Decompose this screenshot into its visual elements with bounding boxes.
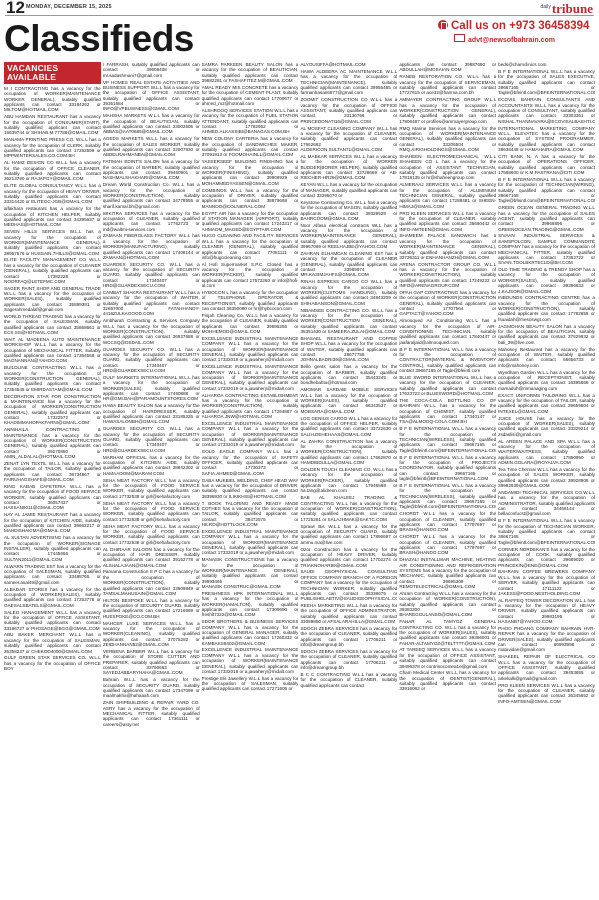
classified-ad-entry: Al Hofi Supermarket S.P.C. Closed has a …: [202, 262, 299, 289]
classified-ad-entry: AMOMAR SARDABI MOBILE SERVICES W.L.L has…: [300, 387, 397, 414]
classified-ad-entry: WAIT AL MADEENA AUTO MAINTENANCE WORKSHO…: [4, 337, 101, 364]
classified-ad-entry: LOG GENIUS CARGO W.L.L has a vacancy for…: [300, 416, 397, 437]
classified-ad-entry: NEW COLONY CARTERIA has a vacancy for th…: [202, 136, 299, 157]
classified-ad-entry: SHAMEEM PALACE SANDWICH has a vacancy fo…: [399, 233, 496, 260]
classified-ad-entry: B F E INTERNATIONAL W.L.L has a vacancy …: [498, 518, 595, 545]
classified-ad-entry: Mahoney Restaurant has a vacancy for the…: [498, 347, 595, 368]
classified-ad-entry: Bahrain W.L.L has a vacancy for the occu…: [103, 677, 200, 698]
classified-ad-entry: HAWA BEAUTY SALON has a vacancy for the …: [103, 403, 200, 424]
page-number: 12: [6, 1, 25, 15]
classified-ad-entry: DECORATION STAR FOR CONSTRUCTION & MAINT…: [4, 394, 101, 426]
classified-ad-entry: ZAHRAN ELHAMDAN CLEANING EST has a vacan…: [300, 251, 397, 278]
classified-ad-entry: ANDAMIDI TECHNICAL SERVICES CO.W.L.L has…: [498, 490, 595, 517]
classified-ad-entry: MAHCER LUXE SERVICES W.L.L has a vacancy…: [103, 621, 200, 648]
vacancies-available-header: VACANCIES AVAILABLE: [4, 62, 101, 84]
classified-ad-entry: GUARDEX SECURITY CO. W.L.L has a vacancy…: [103, 426, 200, 453]
classified-ad-entry: MANASIK CONSTRUCTIONS has a vacancy for …: [202, 557, 299, 589]
classified-ad-entry: Cham Medical Center W.L.L has a vacancy …: [399, 670, 496, 691]
classified-ad-entry: Pinjah Cleaning Co. W.L.L has a vacancy …: [202, 313, 299, 334]
classified-ad-entry: AMMAYER CONTRACTING GROUP W.L.L has a va…: [399, 97, 496, 124]
classified-ad-entry: YASSERSEEF BUILDING FINISHING has a vaca…: [202, 159, 299, 186]
classified-ad-entry: Ozor Construction has a vacancy for the …: [300, 547, 397, 568]
classified-ad-entry: M I CONTRACTING has a vacancy for the oc…: [4, 86, 101, 113]
classified-ad-entry: SDOCH ZEBRA SERVICES has a vacancy for t…: [300, 649, 397, 670]
classified-ad-entry: EXCELLENCE INDUSTRIAL MAINTENANCE COMPAN…: [202, 336, 299, 363]
classified-ad-entry: ELITE GLOBAL CONSULTANCY W.L.L has a vac…: [4, 183, 101, 204]
classified-ad-entry: Sprawl Bis W.L.L has a vacancy for the o…: [300, 524, 397, 545]
classified-ad-entry: AGEDS MARKETS W.L.L has a vacancy for th…: [103, 136, 200, 157]
classified-ad-entry: ABU BAKER MERCHANT W.L.L has a vacancy f…: [4, 632, 101, 653]
classified-ad-entry: Bello gents salon has a vacancy for the …: [300, 364, 397, 385]
classified-ad-entry: ZAIN SHIPBUILDING & REPAIR YARD CO. ASRY…: [103, 700, 200, 727]
classified-ad-entry: Noor Alfasa electrical contracts WLL has…: [300, 223, 397, 250]
classified-ad-entry: AL MABKAR SERVICES W.L.L has a vacancy f…: [300, 154, 397, 181]
classified-ad-entry: OPAH GAP CONTRACTING has a vacancy for t…: [399, 290, 496, 317]
classified-ad-entry: PRO KLEEN SERVICES W.L.L has a vacancy f…: [498, 683, 595, 704]
classified-ad-entry: CAMBAT SHAKRA RESTAURANT W.L.L has a vac…: [103, 290, 200, 317]
classified-ad-entry: GULF MARKETS INTERNATIONAL W.L.L has a v…: [103, 375, 200, 402]
classified-ad-entry: MARHAM OFFICIAL has a vacancy for the oc…: [103, 455, 200, 476]
classified-ad-entry: FAHAR AL TAMYOZ GENERAL CONTRACTING CO. …: [399, 619, 496, 646]
classified-ad-entry: AL SULTAN ADVERTISING has a vacancy for …: [4, 535, 101, 562]
classified-ad-entry: AL AREEN PALACE AND SPA W.L.L has a vaca…: [498, 439, 595, 466]
classified-ad-entry: COMBINOS W.L.L has a vacancy for the occ…: [202, 188, 299, 209]
classified-ad-entry: WORLD THREAD TRADING has a vacancy for t…: [4, 314, 101, 335]
classified-ad-entry: SEVEN HILLS SERVICES W.L.L has a vacancy…: [4, 229, 101, 256]
classified-ad-entry: ALMERAAJ SERVICES W.L.L has a vacancy fo…: [399, 182, 496, 209]
classified-ad-entry: CHORDT W.L.L has a vacancy for the occup…: [399, 511, 496, 532]
phone-label: Call us on +973 36458394: [451, 20, 589, 32]
classified-ad-entry: HUGO CLEANING AND FACILITY SERVICES W.L.…: [202, 233, 299, 260]
classified-ad-entry: ZENAT LYN TEXTIL W.L.L has a vacancy for…: [4, 461, 101, 482]
classified-ad-entry: CITI BANK N. A has a vacancy for the occ…: [498, 154, 595, 175]
classified-ad-entry: CHORDT W.L.L has a vacancy for the occup…: [399, 534, 496, 555]
section-title: Classifieds: [4, 17, 194, 61]
classified-ad-entry: RINAH EXPRESS CARGO CO W.L.L has a vacan…: [300, 279, 397, 306]
classified-ad-entry: ALYOUSIFFA@HOTMAIL.COM: [300, 62, 397, 67]
classified-ad-entry: NIBAMSEE CONTRACTING CO. W.L.L has a vac…: [300, 308, 397, 335]
classified-ad-entry: GUARDEX SECURITY CO. W.L.L has a vacancy…: [103, 262, 200, 289]
classified-ad-entry: SDOCH ZEBRA SERVICES has a vacancy for t…: [300, 626, 397, 647]
classified-ad-entry: INTERNATIONAL MARKETING COMPANY W.L.L. E…: [498, 126, 595, 153]
classified-ad-entry: ANNIHAILA CONTRACTING & MAINTENANCE has …: [4, 427, 101, 459]
masthead-name: tribune: [552, 1, 593, 16]
classified-ad-entry: JUICE HOUSE has a vacancy for the occupa…: [498, 416, 595, 437]
email-label[interactable]: advt@newsofbahrain.com: [468, 37, 555, 44]
classified-ad-entry: SEHA MEAT FACTORY W.L.L has a vacancy fo…: [103, 524, 200, 545]
classified-ad-entry: applicants can contact: 39887690 or ABDU…: [399, 62, 496, 73]
classified-ad-entry: DHAZALI INSTALLMAR MACHINE, HEATING AIR …: [399, 557, 496, 589]
classified-ad-entry: SHAHEEN ELECTROMECHANICAL W.L.L SHAHEEN …: [399, 154, 496, 181]
classified-ad-entry: AT TAREEQ SERVICES W.L.L has a vacancy f…: [399, 647, 496, 668]
classified-ad-entry: EXCELLENCE INDUSTRIAL MAINTENANCE COMPAN…: [202, 364, 299, 391]
classified-ad-entry: BHASAEL RESTAURANT AND COFFEE SHOP W.L.L…: [300, 336, 397, 363]
classified-ad-entry: EXCELLENCE INDUSTRIAL MAINTENANCE COMPAN…: [202, 421, 299, 448]
classified-ad-entry: AL HAMZ DESIGN CO W.L.L has a vacancy fo…: [4, 160, 101, 181]
email-icon: [454, 34, 465, 42]
classified-ad-entry: SAMRA PARKEEN BEAUTY SALON has a vacancy…: [202, 62, 299, 83]
column-4: ALYOUSIFFA@HOTMAIL.COMHAWA ALDEERA AC MA…: [300, 62, 397, 898]
classified-ad-entry: EXCELLENCE INDUSTRIAL MAINTENANCE COMPAN…: [202, 647, 299, 674]
classified-ad-entry: BAB AL KHALEEJ TRADING & CONTRACTING W.L…: [300, 495, 397, 522]
classified-ad-entry: AL MOSFAT CLEANING COMPANY W.L.L has a v…: [300, 126, 397, 153]
classified-ad-entry: ZOOMIT CONSTRUCTION CO W.L.L has a vacan…: [300, 97, 397, 124]
classified-ad-entry: VP HOMES REAL ESTATE ACTIVITIES AND BUSI…: [103, 80, 200, 112]
classified-ad-entry: HAY AL JAMIE RESTAURANT has a vacancy fo…: [4, 512, 101, 533]
classified-ad-entry: T BOOK TALORING AND READY MADE COTHES ha…: [202, 501, 299, 528]
classified-ad-entry: Almooqued Air Conditioning W.L.L has a v…: [399, 318, 496, 345]
classified-ad-entry: GULF GREEN STAR SERVICES CO. W.L.L has a…: [4, 655, 101, 671]
classified-ad-entry: ALWARN TRADING EST has a vacancy for the…: [4, 564, 101, 585]
classified-ad-entry: PRESHNESS HPK INTERNATIONAL W.L.L has a …: [202, 591, 299, 618]
contact-callout: Call us on +973 36458394 advt@newsofbahr…: [438, 20, 594, 56]
classified-ad-entry: ALHAROA CONTRACTING ESTABLISHMENT has a …: [202, 393, 299, 420]
classified-ad-entry: ARENA CONTRACTOR GROUP CO. W.L.L has a v…: [399, 262, 496, 289]
classified-ad-entry: / FARRASH, suitably qualified applicants…: [103, 62, 200, 78]
classified-ad-entry: ABU HAMDAN RESTAURANT has a vacancy for …: [4, 114, 101, 135]
classified-ad-entry: B F E INTERNATIONAL W.L.L has a vacancy …: [399, 455, 496, 482]
classified-ad-entry: THE COCA-COLA BOTTLING CO OF BAHRAIN W.L…: [399, 398, 496, 425]
header-rule: [5, 15, 594, 16]
classified-ad-entry: Prestige Els Jawellery W.L.L has a vacan…: [202, 676, 299, 692]
classified-ad-entry: Dream World Construction Co. W.L.L has a…: [103, 182, 200, 209]
classified-ad-entry: ZAMAAN FIBERGLASS FACTORY W.L.L has a va…: [103, 233, 200, 260]
column-1: VACANCIES AVAILABLE M I CONTRACTING has …: [4, 62, 101, 898]
classified-ad-entry: B F E INTERNATIONAL W.L.L has a vacancy …: [399, 347, 496, 374]
classified-ad-entry: ECOVIS BAHRAIN CONSULTANTS AND ACCOUNTAN…: [498, 97, 595, 124]
classified-ad-entry: GOLD EAGLE COMPANY W.L.L has a vacancy f…: [202, 449, 299, 476]
classified-ad-entry: GABA MUKBIEL WELDING, CHEF HEAD WAY has …: [202, 478, 299, 499]
classified-ad-entry: SIVAAN INDUSTRIAL SERVICES & SAMSPOLCON …: [498, 233, 595, 265]
classified-ad-entry: AL DHIRAAR SALOON has a vacancy for the …: [103, 547, 200, 568]
classified-ad-entry: ALBADAR STORES has a vacancy for the occ…: [4, 587, 101, 608]
classified-ad-entry: INBOUNDS CONTRACTING CENTRE has a vacanc…: [498, 295, 595, 322]
classified-ad-entry: Pamama Construction S P C has a vacancy …: [103, 569, 200, 596]
classified-ad-entry: KEYAN W.L.L has a vacancy for the occupa…: [300, 182, 397, 198]
classified-ad-entry: ELITE FACILITY MANAGEMENT CO W.L.L has a…: [4, 257, 101, 284]
classified-ad-entry: ALSHROOQ SERVICES STATION W.L.L has a va…: [202, 108, 299, 135]
classified-ad-entry: alfakhara restaurant has a vacancy for t…: [4, 206, 101, 227]
masthead-prefix: daily: [541, 4, 551, 10]
classified-ad-entry: Ahram Contracting W.L.L has a vacancy fo…: [399, 591, 496, 618]
classified-ad-entry: CORNER NORDEKAN'S has a vacancy for the …: [498, 547, 595, 568]
column-5: applicants can contact: 39887690 or ABDU…: [399, 62, 496, 898]
classified-ad-entry: AL RAFFEQ TOWER DECORATION W.L.L has a v…: [498, 598, 595, 625]
classified-ad-entry: HYBOCON L has a vacancy for the occupati…: [202, 290, 299, 311]
classified-ad-entry: B F E INTERNATIONAL W.L.L has a vacancy …: [399, 426, 496, 453]
classified-ad-entry: Ambharah Contracting & Services Company …: [103, 318, 200, 345]
classified-ad-entry: SEHA MEAT FACTORY W.L.L has a vacancy fo…: [103, 501, 200, 522]
classified-ad-entry: MAHSHA MARKETS W.L.L has a vacancy for t…: [103, 113, 200, 134]
classified-ad-entry: SDOR BROTHERS & BUSINESS SERVICES COMPAN…: [202, 619, 299, 646]
classified-ad-entry: BUILDLINE CONTRACTING W.L.L has a vacanc…: [4, 365, 101, 392]
classified-ad-entry: RANEB RESTORATION CO. W.L.L has a vacanc…: [399, 74, 496, 95]
classified-ad-entry: GREEN OCEAN GENERAL TRADING W.L.L has a …: [498, 205, 595, 232]
classified-ad-entry: Keystone Contracting Co. W.L.L has a vac…: [300, 200, 397, 221]
classified-ad-entry: B F E INTERNATIONAL W.L.L has a vacancy …: [498, 69, 595, 96]
classified-ad-entry: JAGMOHAN BEAUTY SALON has a vacancy for …: [498, 324, 595, 345]
classified-ad-entry: AMAL READY MIX CONCRETE has a vacancy fo…: [202, 85, 299, 106]
classified-ad-entry: B F E INTERNATIONAL W.L.L has a vacancy …: [399, 483, 496, 510]
classified-ad-entry: SALEO HANAGEMENT W.L.L has a vacancy for…: [4, 610, 101, 631]
classified-ad-entry: HILTON BESPOKE W.L.L has a vacancy for t…: [103, 598, 200, 619]
phone-icon: [438, 20, 448, 30]
column-3: SAMRA PARKEEN BEAUTY SALON has a vacancy…: [202, 62, 299, 898]
classified-ad-entry: REEHA MARKETING W.L.L has a vacancy for …: [300, 603, 397, 624]
classified-ad-entry: GUARDEX SECURITY CO. W.L.L has a vacancy…: [103, 347, 200, 374]
classified-ad-entry: AL ZAHRA CONSTRUCTION has a vacancy for …: [300, 439, 397, 466]
classified-ad-entry: KING KABAB CAFETERIA W.L.L has a vacancy…: [4, 484, 101, 511]
classified-ad-entry: WIKITRA SERVICES has a vacancy for the o…: [103, 211, 200, 232]
classified-ad-entry: HAWA ALDEERA AC MAINTENANCE W.L.L has a …: [300, 69, 397, 96]
classified-ad-entry: FATIMAH EDINT'S SALON has a vacancy for …: [103, 159, 200, 180]
classified-ad-entry: Wyndham Garden W.L.L has a vacancy for t…: [498, 370, 595, 391]
column-6: beds@chamclinics.comB F E INTERNATIONAL …: [498, 62, 595, 898]
classified-ad-entry: beds@chamclinics.com: [498, 62, 595, 67]
classified-ad-entry: SAGER PAINT SHOP AND GENERAL TRADE W.L.L…: [4, 286, 101, 313]
classified-ad-entry: B F E INTERNATIONAL W.L.L has a vacancy …: [498, 177, 595, 204]
classified-ad-entry: EXACT UNIFORMS TAILORING W.L.L has a vac…: [498, 393, 595, 414]
page-header-bar: 12 MONDAY, DECEMBER 15, 2025 dailytribun…: [0, 0, 599, 14]
classified-ad-entry: OLD TIME TRADING & TRENDY SHOP has a vac…: [498, 267, 595, 294]
classified-ad-entry: PRO KLEEN SERVICES W.L.L has a vacancy f…: [399, 211, 496, 232]
classifieds-columns: VACANCIES AVAILABLE M I CONTRACTING has …: [4, 62, 595, 898]
classified-ad-entry: MANAMA PRINTING PRESS CO. W.L.L has a va…: [4, 137, 101, 158]
dateline: MONDAY, DECEMBER 15, 2025: [26, 4, 112, 10]
classified-ad-entry: SAUDI GEOPHYSICAL CONSULTING OFFICE COMP…: [300, 569, 397, 601]
classified-ad-entry: RMQ Marine Services has a vacancy for th…: [399, 126, 496, 153]
classified-ad-entry: EXCELLENCE INDUSTRIAL MAINTENANCE COMPAN…: [202, 529, 299, 556]
classified-ad-entry: VERBENA BARBER W.L.L has a vacancy for t…: [103, 649, 200, 676]
classified-ad-entry: BLUE SWORD INTERNATIONAL W.L.L has a vac…: [399, 375, 496, 396]
classified-ad-entry: B C C CONTRACTING W.L.L has a vacancy fo…: [300, 672, 397, 688]
classified-ad-entry: SHAKEEL REPAIR OF ELECTRICAL CO W.L.L ha…: [498, 654, 595, 681]
classified-ad-entry: GOLDEN TOUCH CLEANING CO. W.L.L has a va…: [300, 467, 397, 494]
classified-ad-entry: EGYPT AIR has a vacancy for the occupati…: [202, 211, 299, 232]
classified-ad-entry: SEHA MEAT FACTORY W.L.L has a vacancy fo…: [103, 478, 200, 499]
classified-ad-entry: Tea Time Chennai W.L.L has a vacancy for…: [498, 467, 595, 488]
classified-ad-entry: BAHRAIN COFFEE BREWERS COMPANY W.L.L has…: [498, 569, 595, 596]
column-2: / FARRASH, suitably qualified applicants…: [103, 62, 200, 898]
classified-ad-entry: PHOO PHOANG COMPANY BAHRAIN HVR-REPAIR h…: [498, 626, 595, 653]
